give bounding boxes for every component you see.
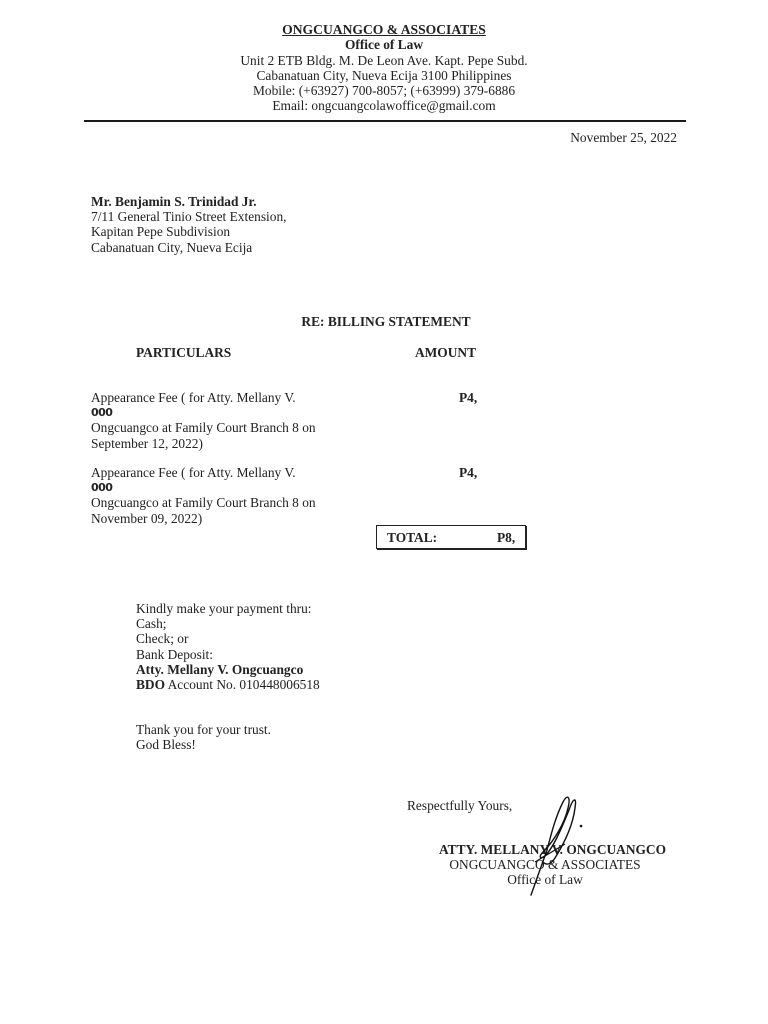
payment-option-bank: Bank Deposit: [136, 647, 320, 662]
total-value: P8, [497, 530, 515, 545]
item-description-line-3: November 09, 2022) [91, 511, 491, 526]
payment-intro: Kindly make your payment thru: [136, 601, 320, 616]
address-line-1: Unit 2 ETB Bldg. M. De Leon Ave. Kapt. P… [0, 53, 768, 68]
total-label: TOTAL: [387, 530, 437, 545]
handwritten-signature-icon [525, 790, 585, 900]
bank-name: BDO [136, 677, 165, 692]
account-number: Account No. 010448006518 [168, 677, 320, 692]
firm-name: ONGCUANGCO & ASSOCIATES [0, 22, 768, 37]
thanks-line-1: Thank you for your trust. [136, 722, 271, 737]
closing-salutation: Respectfully Yours, [407, 798, 512, 813]
item-description-line-1: Appearance Fee ( for Atty. Mellany V. [91, 465, 491, 480]
account-name: Atty. Mellany V. Ongcuangco [136, 662, 303, 677]
addressee-line-3: Cabanatuan City, Nueva Ecija [91, 240, 287, 255]
item-overflow: 000 [91, 405, 491, 420]
addressee-line-1: 7/11 General Tinio Street Extension, [91, 209, 287, 224]
column-header-particulars: PARTICULARS [136, 345, 231, 360]
thanks-line-2: God Bless! [136, 737, 271, 752]
addressee-line-2: Kapitan Pepe Subdivision [91, 224, 287, 239]
billing-item: Appearance Fee ( for Atty. Mellany V. 00… [91, 465, 491, 526]
item-amount: P4, [459, 465, 477, 480]
billing-item: Appearance Fee ( for Atty. Mellany V. 00… [91, 390, 491, 451]
payment-option-check: Check; or [136, 631, 320, 646]
item-description-line-1: Appearance Fee ( for Atty. Mellany V. [91, 390, 491, 405]
thanks-block: Thank you for your trust. God Bless! [136, 722, 271, 752]
address-line-2: Cabanatuan City, Nueva Ecija 3100 Philip… [0, 68, 768, 83]
payment-option-cash: Cash; [136, 616, 320, 631]
header-divider [84, 120, 686, 122]
item-description-line-3: September 12, 2022) [91, 436, 491, 451]
letterhead: ONGCUANGCO & ASSOCIATES Office of Law Un… [0, 22, 768, 114]
item-description-line-2: Ongcuangco at Family Court Branch 8 on [91, 420, 491, 435]
addressee-name: Mr. Benjamin S. Trinidad Jr. [91, 194, 287, 209]
email-address: Email: ongcuangcolawoffice@gmail.com [0, 98, 768, 113]
office-title: Office of Law [0, 37, 768, 52]
payment-instructions: Kindly make your payment thru: Cash; Che… [136, 601, 320, 692]
total-box: TOTAL: P8, [376, 525, 526, 549]
letter-date: November 25, 2022 [570, 130, 677, 145]
addressee-block: Mr. Benjamin S. Trinidad Jr. 7/11 Genera… [91, 194, 287, 255]
item-description-line-2: Ongcuangco at Family Court Branch 8 on [91, 495, 491, 510]
item-amount: P4, [459, 390, 477, 405]
subject-line: RE: BILLING STATEMENT [0, 314, 768, 329]
column-header-amount: AMOUNT [415, 345, 476, 360]
item-overflow: 000 [91, 480, 491, 495]
mobile-numbers: Mobile: (+63927) 700-8057; (+63999) 379-… [0, 83, 768, 98]
